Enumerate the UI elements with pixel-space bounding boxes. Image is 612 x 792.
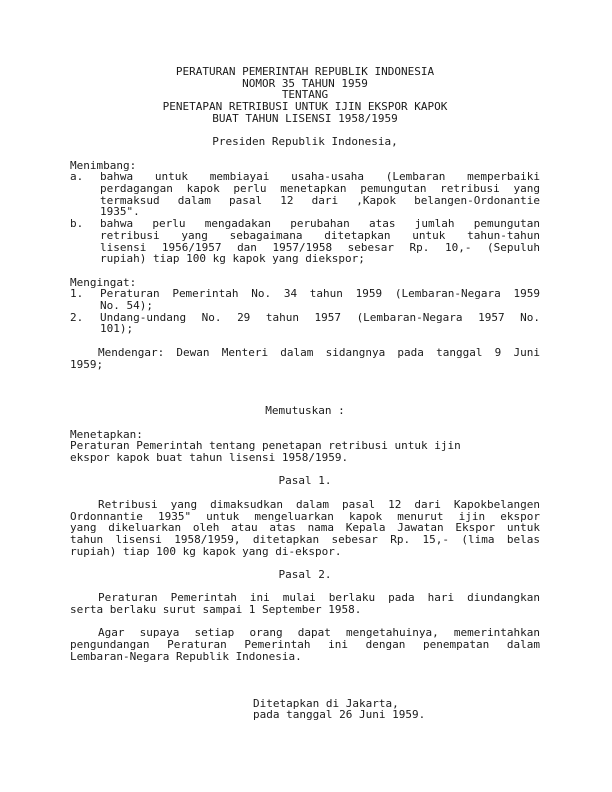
mengingat-item-2: 2. Undang-undang No. 29 tahun 1957 (Lemb… (70, 312, 540, 335)
item-content: Peraturan Pemerintah No. 34 tahun 1959 (… (100, 288, 540, 311)
memutuskan-heading: Memutuskan : (70, 405, 540, 417)
pasal-2-paragraph: Peraturan Pemerintah ini mulai berlaku p… (70, 592, 540, 615)
pasal-1-heading: Pasal 1. (70, 475, 540, 487)
item-line: No. 54); (100, 300, 540, 312)
paragraph-line: Retribusi yang dimaksudkan dalam pasal 1… (70, 499, 540, 511)
signoff-line: pada tanggal 26 Juni 1959. (253, 709, 540, 721)
mengingat-item-1: 1. Peraturan Pemerintah No. 34 tahun 195… (70, 288, 540, 311)
item-content: bahwa untuk membiayai usaha-usaha (Lemba… (100, 171, 540, 218)
paragraph-line: ekspor kapok buat tahun lisensi 1958/195… (70, 452, 540, 464)
paragraph-line: Lembaran-Negara Republik Indonesia. (70, 651, 540, 663)
title-line: PERATURAN PEMERINTAH REPUBLIK INDONESIA (70, 66, 540, 78)
menetapkan-paragraph: Peraturan Pemerintah tentang penetapan r… (70, 440, 540, 463)
item-line: Peraturan Pemerintah No. 34 tahun 1959 (… (100, 288, 540, 300)
item-line: rupiah) tiap 100 kg kapok yang diekspor; (100, 253, 540, 265)
paragraph-line: 1959; (70, 359, 540, 371)
item-content: bahwa perlu mengadakan perubahan atas ju… (100, 218, 540, 265)
mendengar-paragraph: Mendengar: Dewan Menteri dalam sidangnya… (70, 347, 540, 370)
item-line: Undang-undang No. 29 tahun 1957 (Lembara… (100, 312, 540, 324)
paragraph-line: rupiah) tiap 100 kg kapok yang di-ekspor… (70, 546, 540, 558)
item-marker: a. (70, 171, 100, 218)
pasal-1-paragraph: Retribusi yang dimaksudkan dalam pasal 1… (70, 499, 540, 558)
item-line: 101); (100, 323, 540, 335)
paragraph-line: Mendengar: Dewan Menteri dalam sidangnya… (70, 347, 540, 359)
signoff-block: Ditetapkan di Jakarta, pada tanggal 26 J… (253, 698, 540, 721)
item-line: retribusi yang sebagaimana ditetapkan un… (100, 230, 540, 242)
item-marker: 2. (70, 312, 100, 335)
closing-paragraph: Agar supaya setiap orang dapat mengetahu… (70, 627, 540, 662)
title-line: BUAT TAHUN LISENSI 1958/1959 (70, 113, 540, 125)
document-page: PERATURAN PEMERINTAH REPUBLIK INDONESIA … (0, 0, 612, 792)
paragraph-line: tahun lisensi 1958/1959, ditetapkan sebe… (70, 534, 540, 546)
presiden-line: Presiden Republik Indonesia, (70, 136, 540, 148)
pasal-2-heading: Pasal 2. (70, 569, 540, 581)
menimbang-item-b: b. bahwa perlu mengadakan perubahan atas… (70, 218, 540, 265)
menimbang-item-a: a. bahwa untuk membiayai usaha-usaha (Le… (70, 171, 540, 218)
item-line: termaksud dalam pasal 12 dari ,Kapok bel… (100, 195, 540, 207)
item-content: Undang-undang No. 29 tahun 1957 (Lembara… (100, 312, 540, 335)
item-marker: 1. (70, 288, 100, 311)
item-marker: b. (70, 218, 100, 265)
item-line: perdagangan kapok perlu menetapkan pemun… (100, 183, 540, 195)
regulation-document: PERATURAN PEMERINTAH REPUBLIK INDONESIA … (70, 66, 540, 721)
paragraph-line: serta berlaku surut sampai 1 September 1… (70, 604, 540, 616)
